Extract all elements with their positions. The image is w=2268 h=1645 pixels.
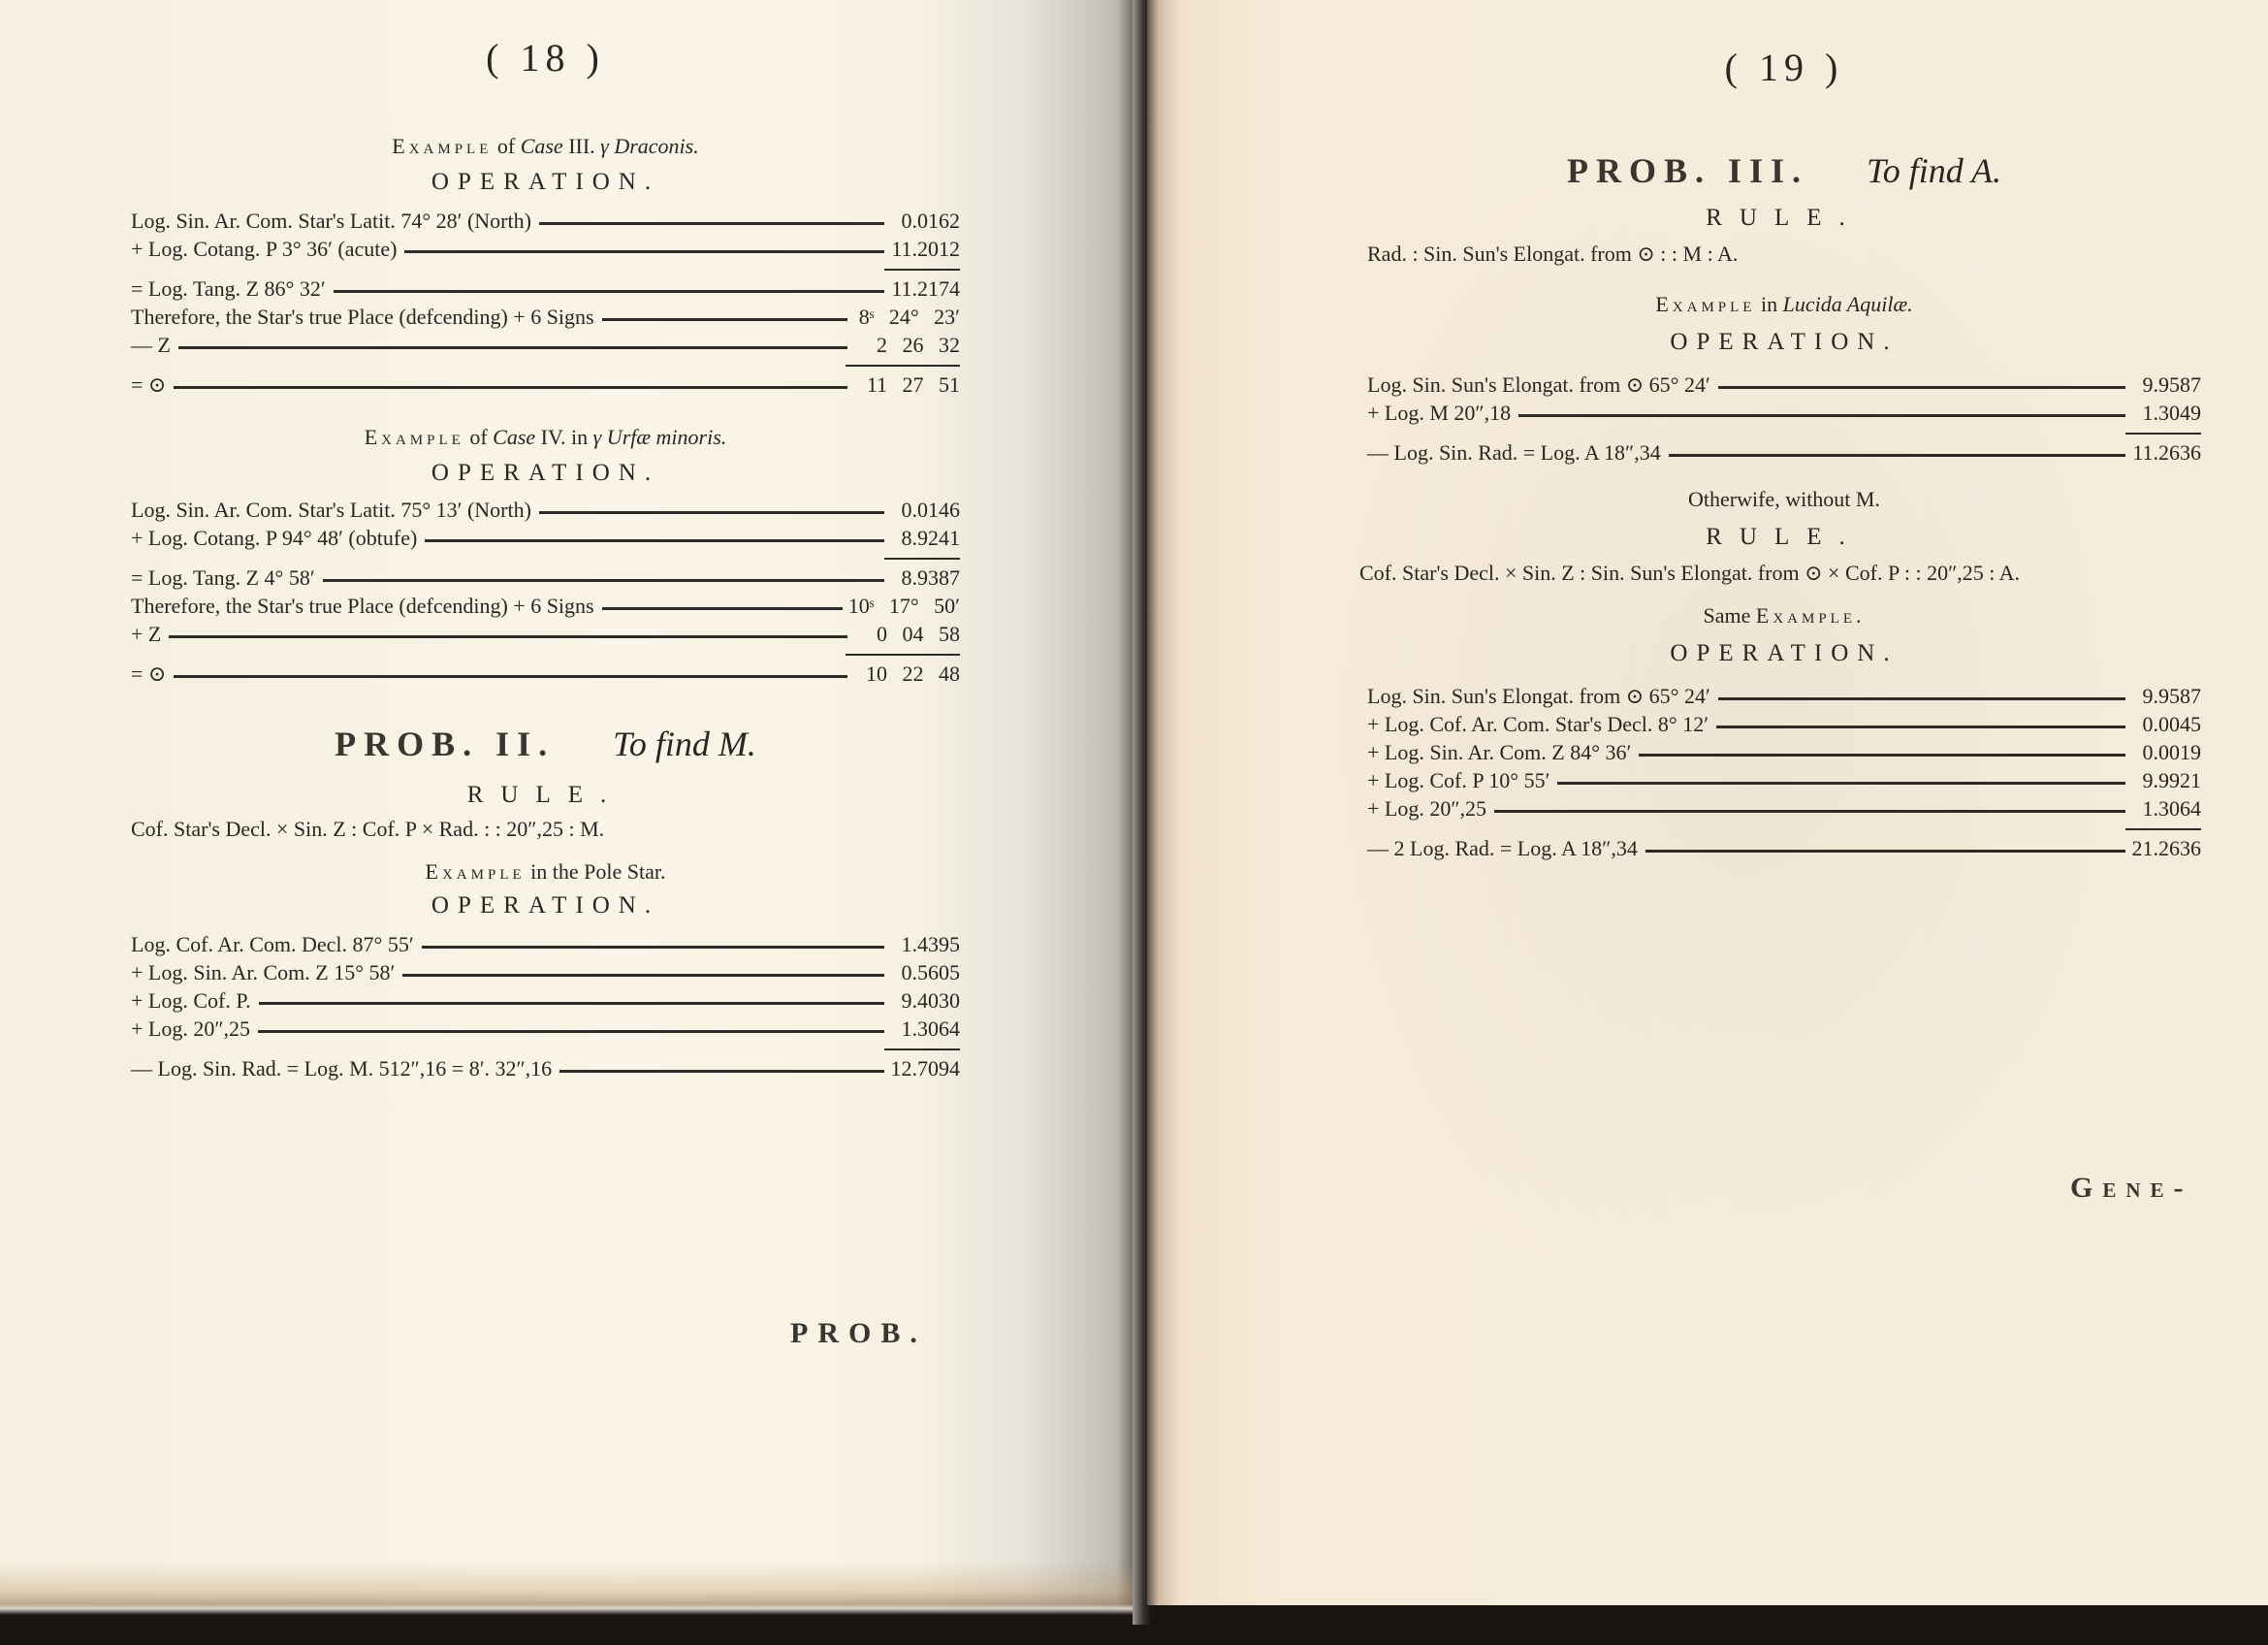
same-example-heading: Same Example. <box>1367 603 2201 629</box>
operation-line: + Log. Cof. P.9.4030 <box>131 985 960 1014</box>
line-value: 0.0019 <box>2131 740 2201 765</box>
operation-table-case-3: Log. Sin. Ar. Com. Star's Latit. 74° 28′… <box>131 206 960 398</box>
sum-rule <box>131 647 960 659</box>
line-value: 0.0146 <box>890 498 960 523</box>
leader-rule <box>1639 754 2125 757</box>
book-spread: ( 18 ) Example of Case III. γ Draconis. … <box>0 0 2268 1645</box>
operation-line: + Z0 04 58 <box>131 619 960 647</box>
rule-text: Cof. Star's Decl. × Sin. Z : Cof. P × Ra… <box>131 817 960 842</box>
rule-title: RULE. <box>1367 205 2201 232</box>
line-value: 0.0162 <box>890 209 960 234</box>
line-label: — Z <box>131 333 171 358</box>
leader-rule <box>602 607 843 610</box>
star-name: γ Urfæ minoris. <box>593 425 727 449</box>
line-label: Log. Sin. Ar. Com. Star's Latit. 75° 13′… <box>131 498 531 523</box>
line-label: Therefore, the Star's true Place (defcen… <box>131 305 594 330</box>
leader-rule <box>425 539 884 542</box>
line-label: Log. Cof. Ar. Com. Decl. 87° 55′ <box>131 932 414 957</box>
leader-rule <box>1557 782 2125 785</box>
operation-line: Log. Sin. Sun's Elongat. from ⊙ 65° 24′9… <box>1367 370 2201 398</box>
operation-line: + Log. Cotang. P 94° 48′ (obtufe)8.9241 <box>131 523 960 551</box>
leader-rule <box>174 675 847 678</box>
prob-subtitle: To find M. <box>613 725 756 763</box>
line-value: 10 22 48 <box>853 661 960 687</box>
sum-rule <box>131 1042 960 1053</box>
leader-rule <box>602 318 847 321</box>
leader-rule <box>1718 697 2125 700</box>
example-label: Example <box>426 859 526 884</box>
left-page-text: ( 18 ) Example of Case III. γ Draconis. … <box>131 29 960 1081</box>
line-label: + Log. Sin. Ar. Com. Z 15° 58′ <box>131 960 395 985</box>
line-label: + Log. 20″,25 <box>1367 796 1486 822</box>
line-label: + Log. M 20″,18 <box>1367 401 1511 426</box>
operation-line: + Log. 20″,251.3064 <box>1367 793 2201 822</box>
operation-line: — 2 Log. Rad. = Log. A 18″,3421.2636 <box>1367 833 2201 861</box>
line-label: = ⊙ <box>131 661 166 687</box>
example-heading-lucida-aquilae: Example in Lucida Aquilæ. <box>1367 292 2201 317</box>
rule-text: Rad. : Sin. Sun's Elongat. from ⊙ : : M … <box>1367 242 2201 267</box>
catchword-right: Gene- <box>2070 1172 2193 1205</box>
operation-line: Log. Sin. Ar. Com. Star's Latit. 75° 13′… <box>131 495 960 523</box>
operation-line: + Log. M 20″,181.3049 <box>1367 398 2201 426</box>
line-value: 8.9387 <box>890 565 960 591</box>
heading-text: Same <box>1704 603 1756 628</box>
operation-table-prob-3: Log. Sin. Sun's Elongat. from ⊙ 65° 24′9… <box>1367 370 2201 466</box>
leader-rule <box>1716 726 2125 728</box>
heading-text: of <box>464 425 493 449</box>
leader-rule <box>258 1030 884 1033</box>
operation-title: OPERATION. <box>1367 640 2201 667</box>
operation-title: OPERATION. <box>131 169 960 196</box>
leader-rule <box>559 1070 884 1073</box>
line-label: = Log. Tang. Z 86° 32′ <box>131 276 326 302</box>
line-label: + Log. Cotang. P 94° 48′ (obtufe) <box>131 526 417 551</box>
example-label: Example. <box>1756 603 1866 628</box>
prob-title: PROB. II. <box>335 725 555 763</box>
line-value: 0 04 58 <box>853 622 960 647</box>
line-label: = ⊙ <box>131 372 166 398</box>
heading-text: IV. in <box>535 425 593 449</box>
operation-table-case-4: Log. Sin. Ar. Com. Star's Latit. 75° 13′… <box>131 495 960 687</box>
operation-line: = ⊙10 22 48 <box>131 659 960 687</box>
right-page-text: ( 19 ) PROB. III.To find A. RULE. Rad. :… <box>1367 39 2201 861</box>
line-value: 11.2174 <box>890 276 960 302</box>
line-label: — 2 Log. Rad. = Log. A 18″,34 <box>1367 836 1638 861</box>
operation-line: Therefore, the Star's true Place (defcen… <box>131 591 960 619</box>
line-label: + Log. Cof. P 10° 55′ <box>1367 768 1549 793</box>
sum-rule <box>1367 822 2201 833</box>
line-label: + Log. Sin. Ar. Com. Z 84° 36′ <box>1367 740 1631 765</box>
operation-line: Log. Cof. Ar. Com. Decl. 87° 55′1.4395 <box>131 929 960 957</box>
operation-line: Therefore, the Star's true Place (defcen… <box>131 302 960 330</box>
prob-2-heading: PROB. II.To find M. <box>131 724 960 764</box>
page-number: ( 18 ) <box>131 29 960 87</box>
sum-rule <box>131 358 960 370</box>
leader-rule <box>259 1002 884 1005</box>
operation-line: + Log. Sin. Ar. Com. Z 15° 58′0.5605 <box>131 957 960 985</box>
operation-table-prob-2: Log. Cof. Ar. Com. Decl. 87° 55′1.4395 +… <box>131 929 960 1081</box>
operation-line: Log. Sin. Sun's Elongat. from ⊙ 65° 24′9… <box>1367 681 2201 709</box>
example-label: Example <box>392 134 492 158</box>
line-value: 8ˢ 24° 23′ <box>853 305 960 330</box>
line-value: 1.3064 <box>890 1016 960 1042</box>
leader-rule <box>539 222 884 225</box>
heading-text: of <box>492 134 520 158</box>
leader-rule <box>1518 414 2125 417</box>
line-label: — Log. Sin. Rad. = Log. A 18″,34 <box>1367 440 1661 466</box>
leader-rule <box>402 974 884 977</box>
line-value: 8.9241 <box>890 526 960 551</box>
operation-line: + Log. Cotang. P 3° 36′ (acute)11.2012 <box>131 234 960 262</box>
operation-table-otherwise: Log. Sin. Sun's Elongat. from ⊙ 65° 24′9… <box>1367 681 2201 861</box>
heading-text: III. <box>563 134 600 158</box>
example-heading-pole-star: Example in the Pole Star. <box>131 859 960 885</box>
prob-3-heading: PROB. III.To find A. <box>1367 150 2201 191</box>
heading-italic: Case <box>493 425 535 449</box>
page-number: ( 19 ) <box>1367 39 2201 97</box>
operation-line: + Log. 20″,251.3064 <box>131 1014 960 1042</box>
leader-rule <box>1494 810 2125 813</box>
leader-rule <box>422 946 884 949</box>
leader-rule <box>1645 850 2125 853</box>
leader-rule <box>169 635 847 638</box>
line-value: 10ˢ 17° 50′ <box>848 594 960 619</box>
operation-title: OPERATION. <box>131 460 960 487</box>
line-value: 2 26 32 <box>853 333 960 358</box>
heading-italic: Case <box>521 134 563 158</box>
example-label: Example <box>365 425 464 449</box>
line-value: 21.2636 <box>2131 836 2201 861</box>
line-value: 11.2636 <box>2131 440 2201 466</box>
line-value: 11.2012 <box>890 237 960 262</box>
line-label: — Log. Sin. Rad. = Log. M. 512″,16 = 8′.… <box>131 1056 552 1081</box>
operation-line: + Log. Cof. P 10° 55′9.9921 <box>1367 765 2201 793</box>
line-value: 12.7094 <box>890 1056 960 1081</box>
line-value: 9.9587 <box>2131 372 2201 398</box>
page-edge-foxing <box>0 1562 1139 1615</box>
line-value: 1.4395 <box>890 932 960 957</box>
line-label: + Log. 20″,25 <box>131 1016 250 1042</box>
line-label: Log. Sin. Sun's Elongat. from ⊙ 65° 24′ <box>1367 684 1710 709</box>
star-name: γ Draconis. <box>600 134 699 158</box>
line-label: Log. Sin. Sun's Elongat. from ⊙ 65° 24′ <box>1367 372 1710 398</box>
leader-rule <box>1718 386 2125 389</box>
line-value: 9.4030 <box>890 988 960 1014</box>
line-value: 9.9587 <box>2131 684 2201 709</box>
operation-line: Log. Sin. Ar. Com. Star's Latit. 74° 28′… <box>131 206 960 234</box>
operation-line: — Z2 26 32 <box>131 330 960 358</box>
line-label: + Z <box>131 622 161 647</box>
leader-rule <box>323 579 884 582</box>
line-value: 0.5605 <box>890 960 960 985</box>
line-value: 9.9921 <box>2131 768 2201 793</box>
line-value: 1.3049 <box>2131 401 2201 426</box>
sum-rule <box>131 551 960 563</box>
heading-text: in the Pole Star. <box>526 859 666 884</box>
heading-text: in <box>1755 292 1782 316</box>
operation-title: OPERATION. <box>1367 329 2201 356</box>
line-label: = Log. Tang. Z 4° 58′ <box>131 565 315 591</box>
operation-line: = ⊙11 27 51 <box>131 370 960 398</box>
leader-rule <box>404 250 884 253</box>
star-name: Lucida Aquilæ. <box>1783 292 1913 316</box>
rule-text: Cof. Star's Decl. × Sin. Z : Sin. Sun's … <box>1359 561 2201 586</box>
example-heading-case-3: Example of Case III. γ Draconis. <box>131 134 960 159</box>
prob-title: PROB. III. <box>1567 151 1808 190</box>
rule-title: RULE. <box>1367 524 2201 551</box>
operation-line: = Log. Tang. Z 86° 32′11.2174 <box>131 274 960 302</box>
operation-line: — Log. Sin. Rad. = Log. A 18″,3411.2636 <box>1367 437 2201 466</box>
otherwise-heading: Otherwife, without M. <box>1367 487 2201 512</box>
operation-title: OPERATION. <box>131 892 960 919</box>
operation-line: = Log. Tang. Z 4° 58′8.9387 <box>131 563 960 591</box>
line-label: Log. Sin. Ar. Com. Star's Latit. 74° 28′… <box>131 209 531 234</box>
operation-line: — Log. Sin. Rad. = Log. M. 512″,16 = 8′.… <box>131 1053 960 1081</box>
leader-rule <box>178 346 847 349</box>
operation-line: + Log. Sin. Ar. Com. Z 84° 36′0.0019 <box>1367 737 2201 765</box>
catchword-left: PROB. <box>790 1317 927 1350</box>
line-label: + Log. Cof. P. <box>131 988 251 1014</box>
sum-rule <box>131 262 960 274</box>
line-label: Therefore, the Star's true Place (defcen… <box>131 594 594 619</box>
rule-title: RULE. <box>131 782 960 809</box>
example-label: Example <box>1655 292 1755 316</box>
leader-rule <box>334 290 884 293</box>
prob-subtitle: To find A. <box>1867 151 2001 190</box>
line-value: 1.3064 <box>2131 796 2201 822</box>
line-label: + Log. Cotang. P 3° 36′ (acute) <box>131 237 397 262</box>
leader-rule <box>539 511 884 514</box>
line-value: 11 27 51 <box>853 372 960 398</box>
leader-rule <box>174 386 847 389</box>
example-heading-case-4: Example of Case IV. in γ Urfæ minoris. <box>131 425 960 450</box>
leader-rule <box>1669 454 2125 457</box>
line-label: + Log. Cof. Ar. Com. Star's Decl. 8° 12′ <box>1367 712 1709 737</box>
sum-rule <box>1367 426 2201 437</box>
line-value: 0.0045 <box>2131 712 2201 737</box>
operation-line: + Log. Cof. Ar. Com. Star's Decl. 8° 12′… <box>1367 709 2201 737</box>
